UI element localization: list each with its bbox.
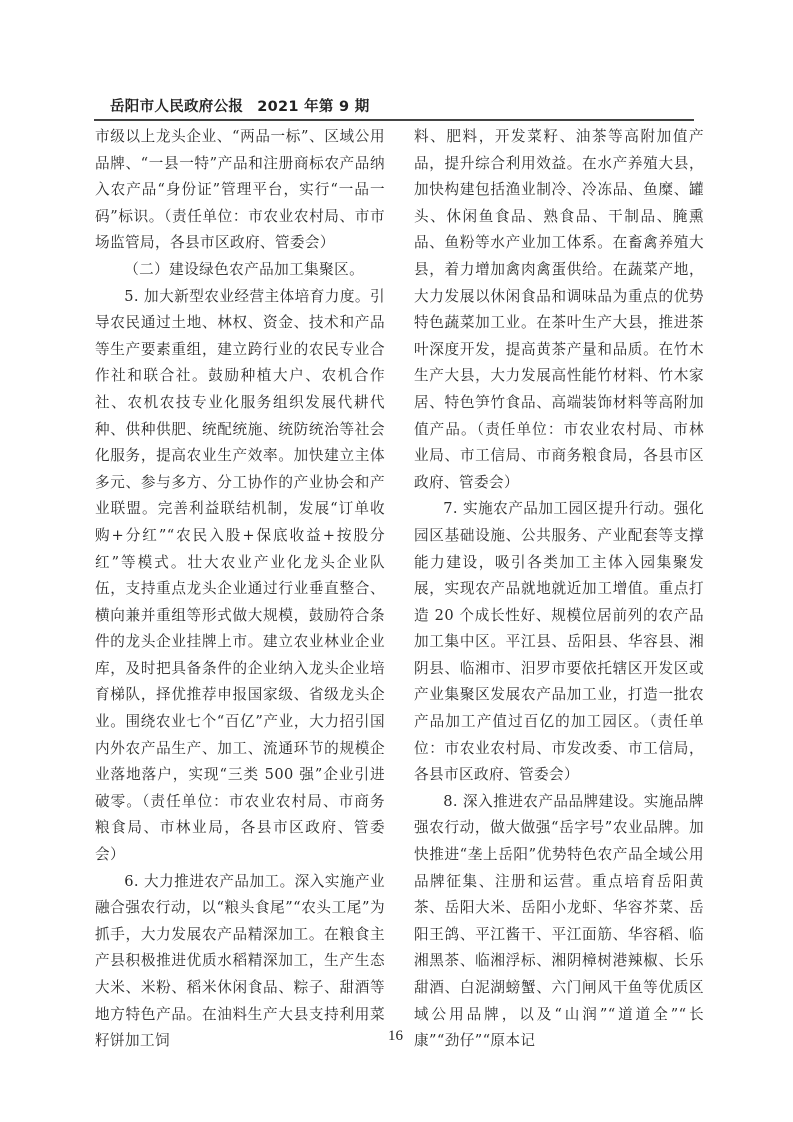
paragraph-item-7: 7. 实施农产品加工园区提升行动。强化园区基础设施、公共服务、产业配套等支撑能力… <box>414 496 704 789</box>
left-column: 市级以上龙头企业、“两品一标”、区域公用品牌、“一县一特”产品和注册商标农产品纳… <box>95 124 385 1055</box>
header-rule <box>94 119 694 121</box>
running-header: 岳阳市人民政府公报2021 年第 9 期 <box>110 95 370 116</box>
right-column: 料、肥料，开发菜籽、油茶等高附加值产品，提升综合利用效益。在水产养殖大县，加快构… <box>414 124 704 1055</box>
paragraph-continuation: 市级以上龙头企业、“两品一标”、区域公用品牌、“一县一特”产品和注册商标农产品纳… <box>95 124 385 257</box>
section-subheading: （二）建设绿色农产品加工集聚区。 <box>95 257 385 284</box>
paragraph-item-6: 6. 大力推进农产品加工。深入实施产业融合强农行动，以“粮头食尾”“农头工尾”为… <box>95 869 385 1055</box>
publication-title: 岳阳市人民政府公报 <box>110 99 243 115</box>
paragraph-continuation: 料、肥料，开发菜籽、油茶等高附加值产品，提升综合利用效益。在水产养殖大县，加快构… <box>414 124 704 496</box>
paragraph-item-8: 8. 深入推进农产品品牌建设。实施品牌强农行动，做大做强“岳字号”农业品牌。加快… <box>414 789 704 1055</box>
page-number: 16 <box>388 1028 403 1045</box>
issue-number: 2021 年第 9 期 <box>257 99 369 115</box>
paragraph-item-5: 5. 加大新型农业经营主体培育力度。引导农民通过土地、林权、资金、技术和产品等生… <box>95 284 385 869</box>
